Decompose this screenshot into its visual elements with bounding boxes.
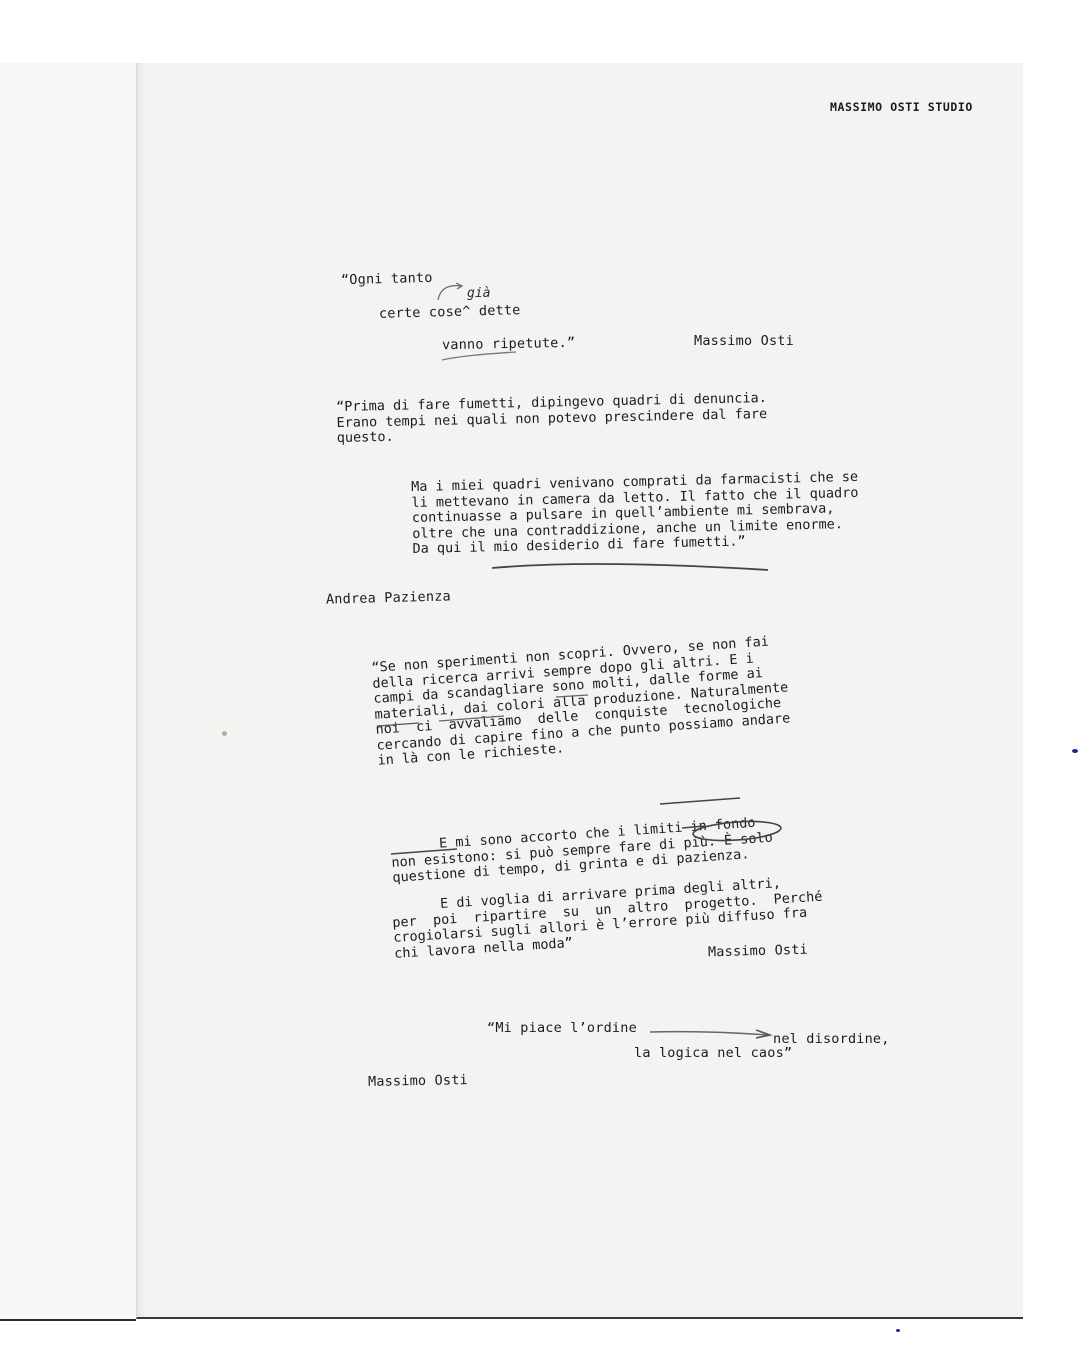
handwritten-insert-arrow-icon [436,280,466,302]
left-page [0,63,136,1321]
handwritten-arrow-icon [648,1026,774,1040]
ink-spot [1072,749,1078,753]
quote-4-line-2: la logica nel caos” [634,1047,792,1061]
quote-2-paragraph-2: Ma i miei quadri venivano comprati da fa… [411,470,860,558]
handwritten-insert: già [467,286,490,301]
pencil-underline [490,560,770,574]
pencil-annotations [385,795,805,865]
quote-4-author: Massimo Osti [368,1074,468,1089]
quote-4-line-1-start: “Mi piace l’ordine [487,1022,637,1036]
quote-3-author: Massimo Osti [708,944,808,960]
quote-1-line-1: “Ogni tanto [341,272,433,288]
pencil-underline [374,690,614,730]
ink-spot [896,1329,900,1332]
quote-2-paragraph-1: “Prima di fare fumetti, dipingevo quadri… [336,391,768,447]
paper-spot [222,731,227,736]
quote-1-author: Massimo Osti [694,335,794,349]
studio-header: MASSIMO OSTI STUDIO [830,102,973,114]
quote-2-author: Andrea Pazienza [326,590,451,607]
pencil-underline [440,350,520,362]
